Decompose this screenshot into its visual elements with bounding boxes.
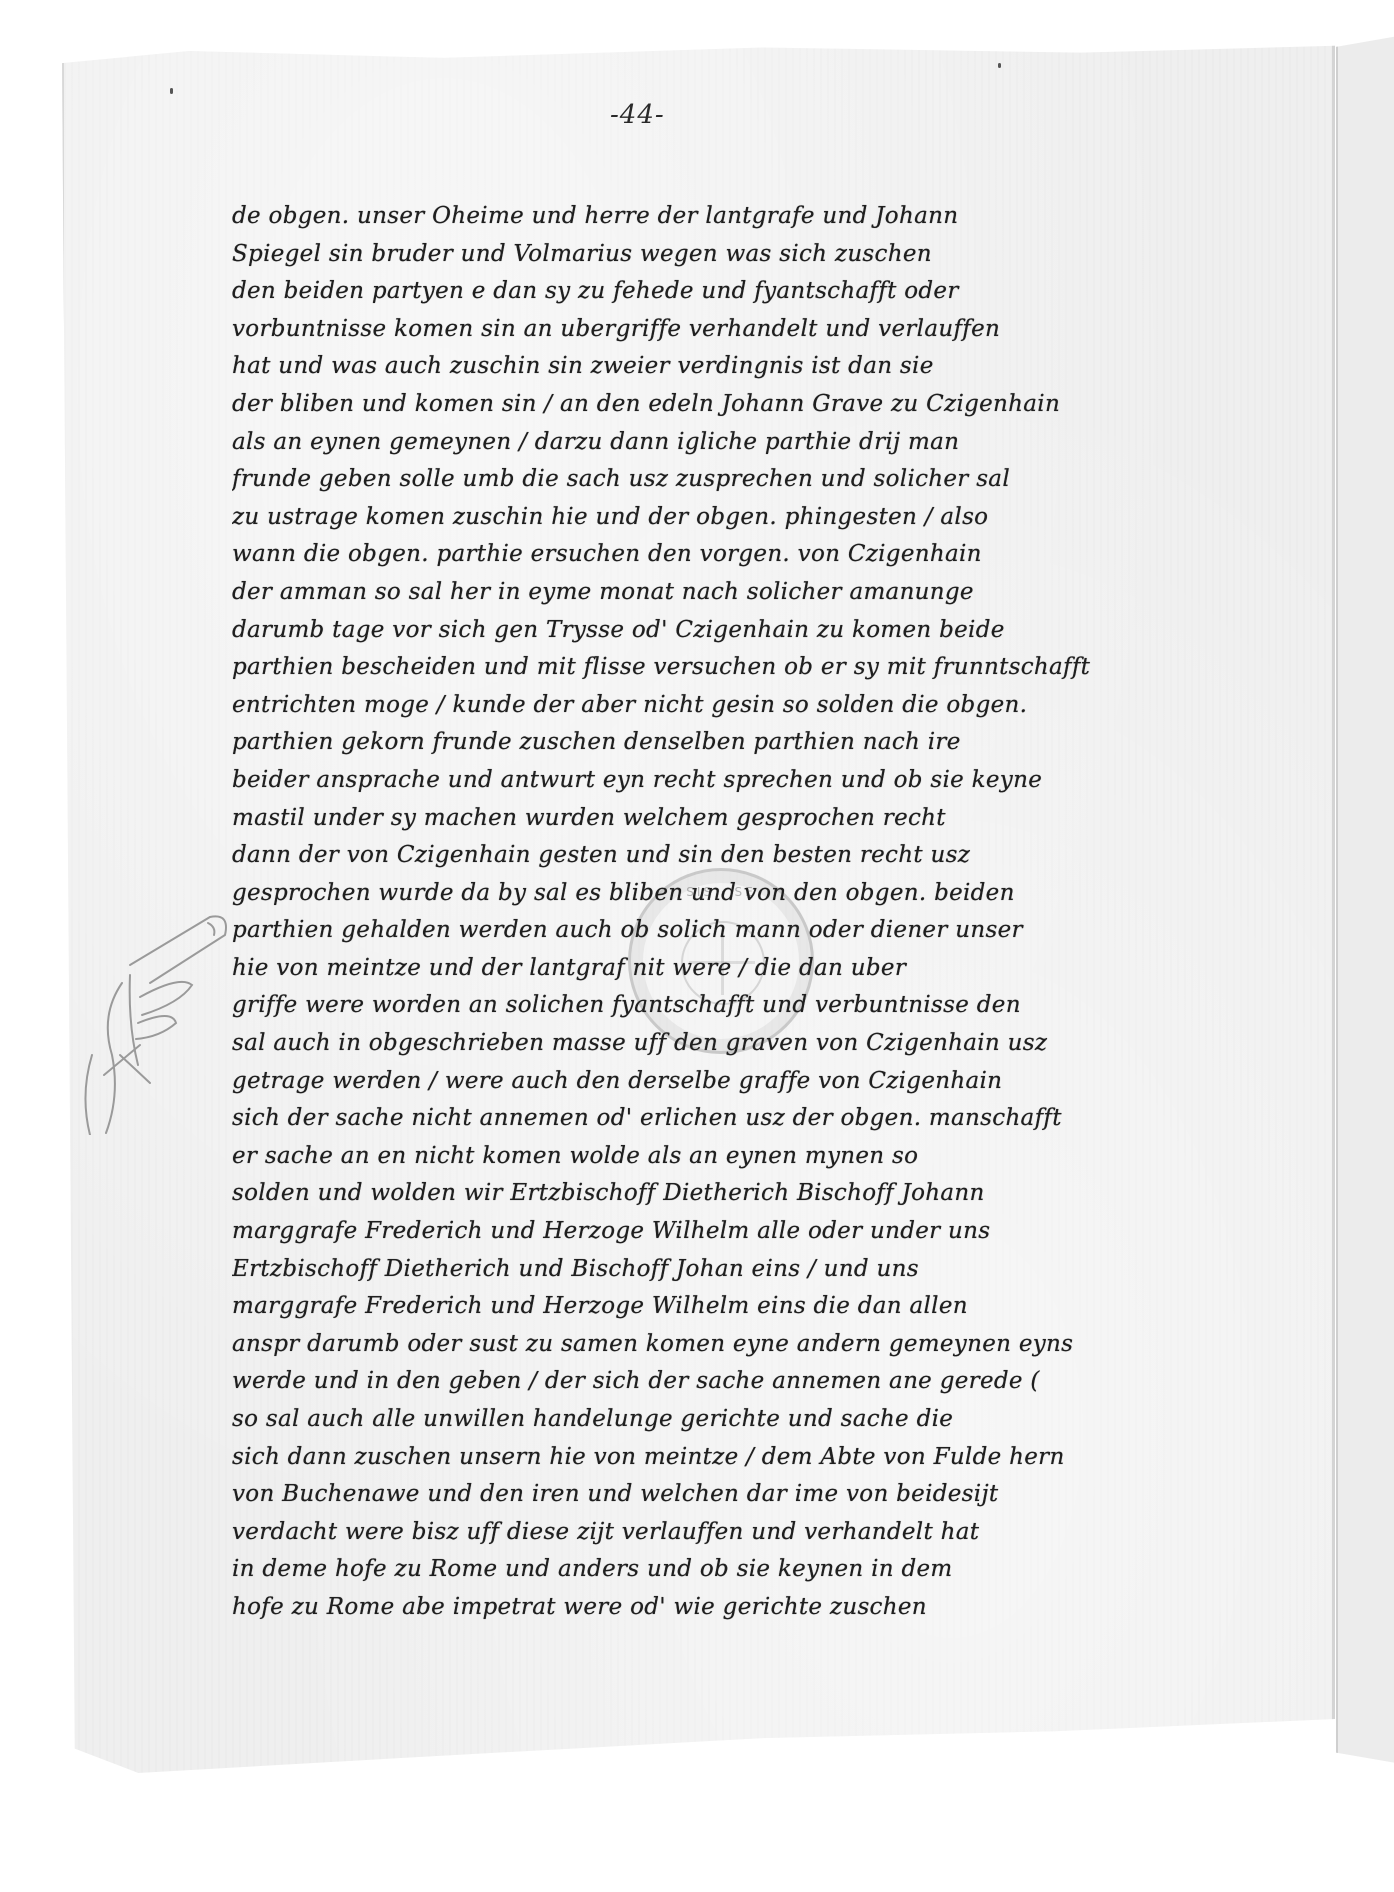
text-line: sich dann zuschen unsern hie von meintze…	[232, 1439, 1232, 1477]
text-line: Ertzbischoff Dietherich und Bischoff Joh…	[232, 1251, 1232, 1289]
text-line: hie von meintze und der lantgraf nit wer…	[232, 950, 1232, 988]
text-line: frunde geben solle umb die sach usz zusp…	[232, 461, 1232, 499]
adjacent-page-edge	[1336, 33, 1394, 1763]
text-line: in deme hofe zu Rome und anders und ob s…	[232, 1551, 1232, 1589]
text-line: entrichten moge / kunde der aber nicht g…	[232, 687, 1232, 725]
text-line: solden und wolden wir Ertzbischoff Dieth…	[232, 1175, 1232, 1213]
text-line: der bliben und komen sin / an den edeln …	[232, 386, 1232, 424]
text-line: de obgen. unser Oheime und herre der lan…	[232, 198, 1232, 236]
text-line: marggrafe Frederich und Herzoge Wilhelm …	[232, 1288, 1232, 1326]
text-line: hofe zu Rome abe impetrat were od' wie g…	[232, 1589, 1232, 1627]
text-line: sal auch in obgeschrieben masse uff den …	[232, 1025, 1232, 1063]
text-line: vorbuntnisse komen sin an ubergriffe ver…	[232, 311, 1232, 349]
text-line: so sal auch alle unwillen handelunge ger…	[232, 1401, 1232, 1439]
page-number: -44-	[610, 100, 665, 130]
text-line: getrage werden / were auch den derselbe …	[232, 1063, 1232, 1101]
text-line: von Buchenawe und den iren und welchen d…	[232, 1476, 1232, 1514]
text-line: den beiden partyen e dan sy zu fehede un…	[232, 273, 1232, 311]
text-line: sich der sache nicht annemen od' erliche…	[232, 1100, 1232, 1138]
text-line: verdacht were bisz uff diese zijt verlau…	[232, 1514, 1232, 1552]
text-line: er sache an en nicht komen wolde als an …	[232, 1138, 1232, 1176]
manicule-pointing-hand-icon	[80, 905, 230, 1135]
manuscript-text: de obgen. unser Oheime und herre der lan…	[232, 198, 1232, 1627]
text-line: anspr darumb oder sust zu samen komen ey…	[232, 1326, 1232, 1364]
text-line: als an eynen gemeynen / darzu dann iglic…	[232, 424, 1232, 462]
text-line: darumb tage vor sich gen Trysse od' Czig…	[232, 612, 1232, 650]
text-line: parthien gekorn frunde zuschen denselben…	[232, 724, 1232, 762]
text-line: Spiegel sin bruder und Volmarius wegen w…	[232, 236, 1232, 274]
text-line: wann die obgen. parthie ersuchen den vor…	[232, 536, 1232, 574]
ink-speck	[170, 88, 173, 94]
text-line: mastil under sy machen wurden welchem ge…	[232, 800, 1232, 838]
text-line: griffe were worden an solichen fyantscha…	[232, 987, 1232, 1025]
text-line: gesprochen wurde da by sal es bliben und…	[232, 875, 1232, 913]
text-line: parthien gehalden werden auch ob solich …	[232, 912, 1232, 950]
text-line: der amman so sal her in eyme monat nach …	[232, 574, 1232, 612]
text-line: werde und in den geben / der sich der sa…	[232, 1363, 1232, 1401]
text-line: zu ustrage komen zuschin hie und der obg…	[232, 499, 1232, 537]
text-line: parthien bescheiden und mit flisse versu…	[232, 649, 1232, 687]
text-line: hat und was auch zuschin sin zweier verd…	[232, 348, 1232, 386]
ink-speck	[998, 63, 1001, 68]
text-line: beider ansprache und antwurt eyn recht s…	[232, 762, 1232, 800]
text-line: marggrafe Frederich und Herzoge Wilhelm …	[232, 1213, 1232, 1251]
text-line: dann der von Czigenhain gesten und sin d…	[232, 837, 1232, 875]
